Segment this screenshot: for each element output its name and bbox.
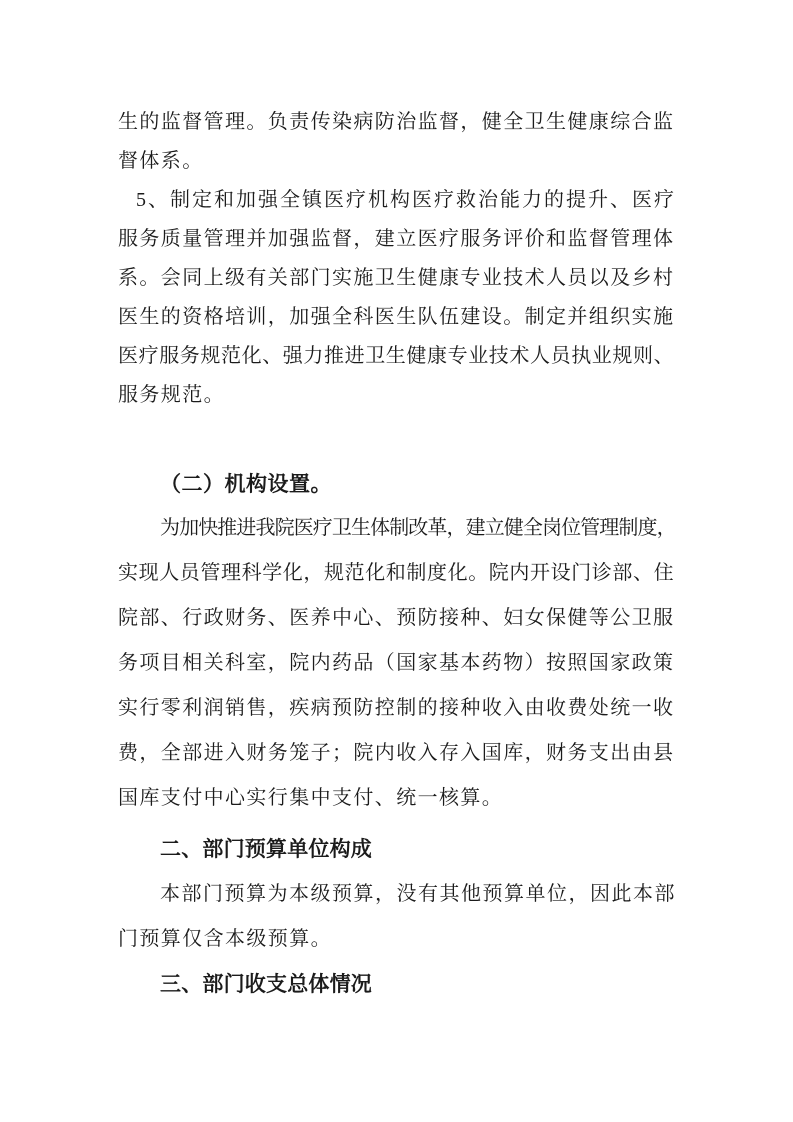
heading-budget-unit: 二、部门预算单位构成 (118, 835, 718, 865)
heading-revenue-expenditure: 三、部门收支总体情况 (118, 970, 718, 1000)
text-line: 本部门预算为本级预算，没有其他预算单位，因此本部 (118, 872, 718, 917)
text-line: 服务质量管理并加强监督，建立医疗服务评价和监督管理体 (118, 220, 676, 259)
text-line: 5、制定和加强全镇医疗机构医疗救治能力的提升、医疗 (118, 181, 694, 220)
text-line: 门预算仅含本级预算。 (118, 917, 676, 962)
text-line: 实现人员管理科学化，规范化和制度化。院内开设门诊部、住 (118, 551, 676, 596)
document-text-column: 生的监督管理。负责传染病防治监督，健全卫生健康综合监 督体系。 5、制定和加强全… (118, 0, 676, 1122)
text-line: 服务规范。 (118, 376, 676, 415)
text-line: 务项目相关科室，院内药品（国家基本药物）按照国家政策 (118, 641, 676, 686)
heading-org-setup: （二）机构设置。 (118, 469, 718, 499)
text-line: 生的监督管理。负责传染病防治监督，健全卫生健康综合监 (118, 103, 676, 142)
text-line: 医生的资格培训，加强全科医生队伍建设。制定并组织实施 (118, 298, 676, 337)
text-line: 为加快推进我院医疗卫生体制改革，建立健全岗位管理制度， (118, 506, 718, 551)
text-line: 系。会同上级有关部门实施卫生健康专业技术人员以及乡村 (118, 259, 676, 298)
document-page: 生的监督管理。负责传染病防治监督，健全卫生健康综合监 督体系。 5、制定和加强全… (0, 0, 793, 1122)
text-line: 费，全部进入财务笼子；院内收入存入国库，财务支出由县 (118, 731, 676, 776)
text-line: 医疗服务规范化、强力推进卫生健康专业技术人员执业规则、 (118, 337, 676, 376)
text-line: 院部、行政财务、医养中心、预防接种、妇女保健等公卫服 (118, 596, 676, 641)
text-line: 实行零利润销售，疾病预防控制的接种收入由收费处统一收 (118, 686, 676, 731)
text-line: 督体系。 (118, 142, 676, 181)
text-line: 国库支付中心实行集中支付、统一核算。 (118, 776, 676, 821)
